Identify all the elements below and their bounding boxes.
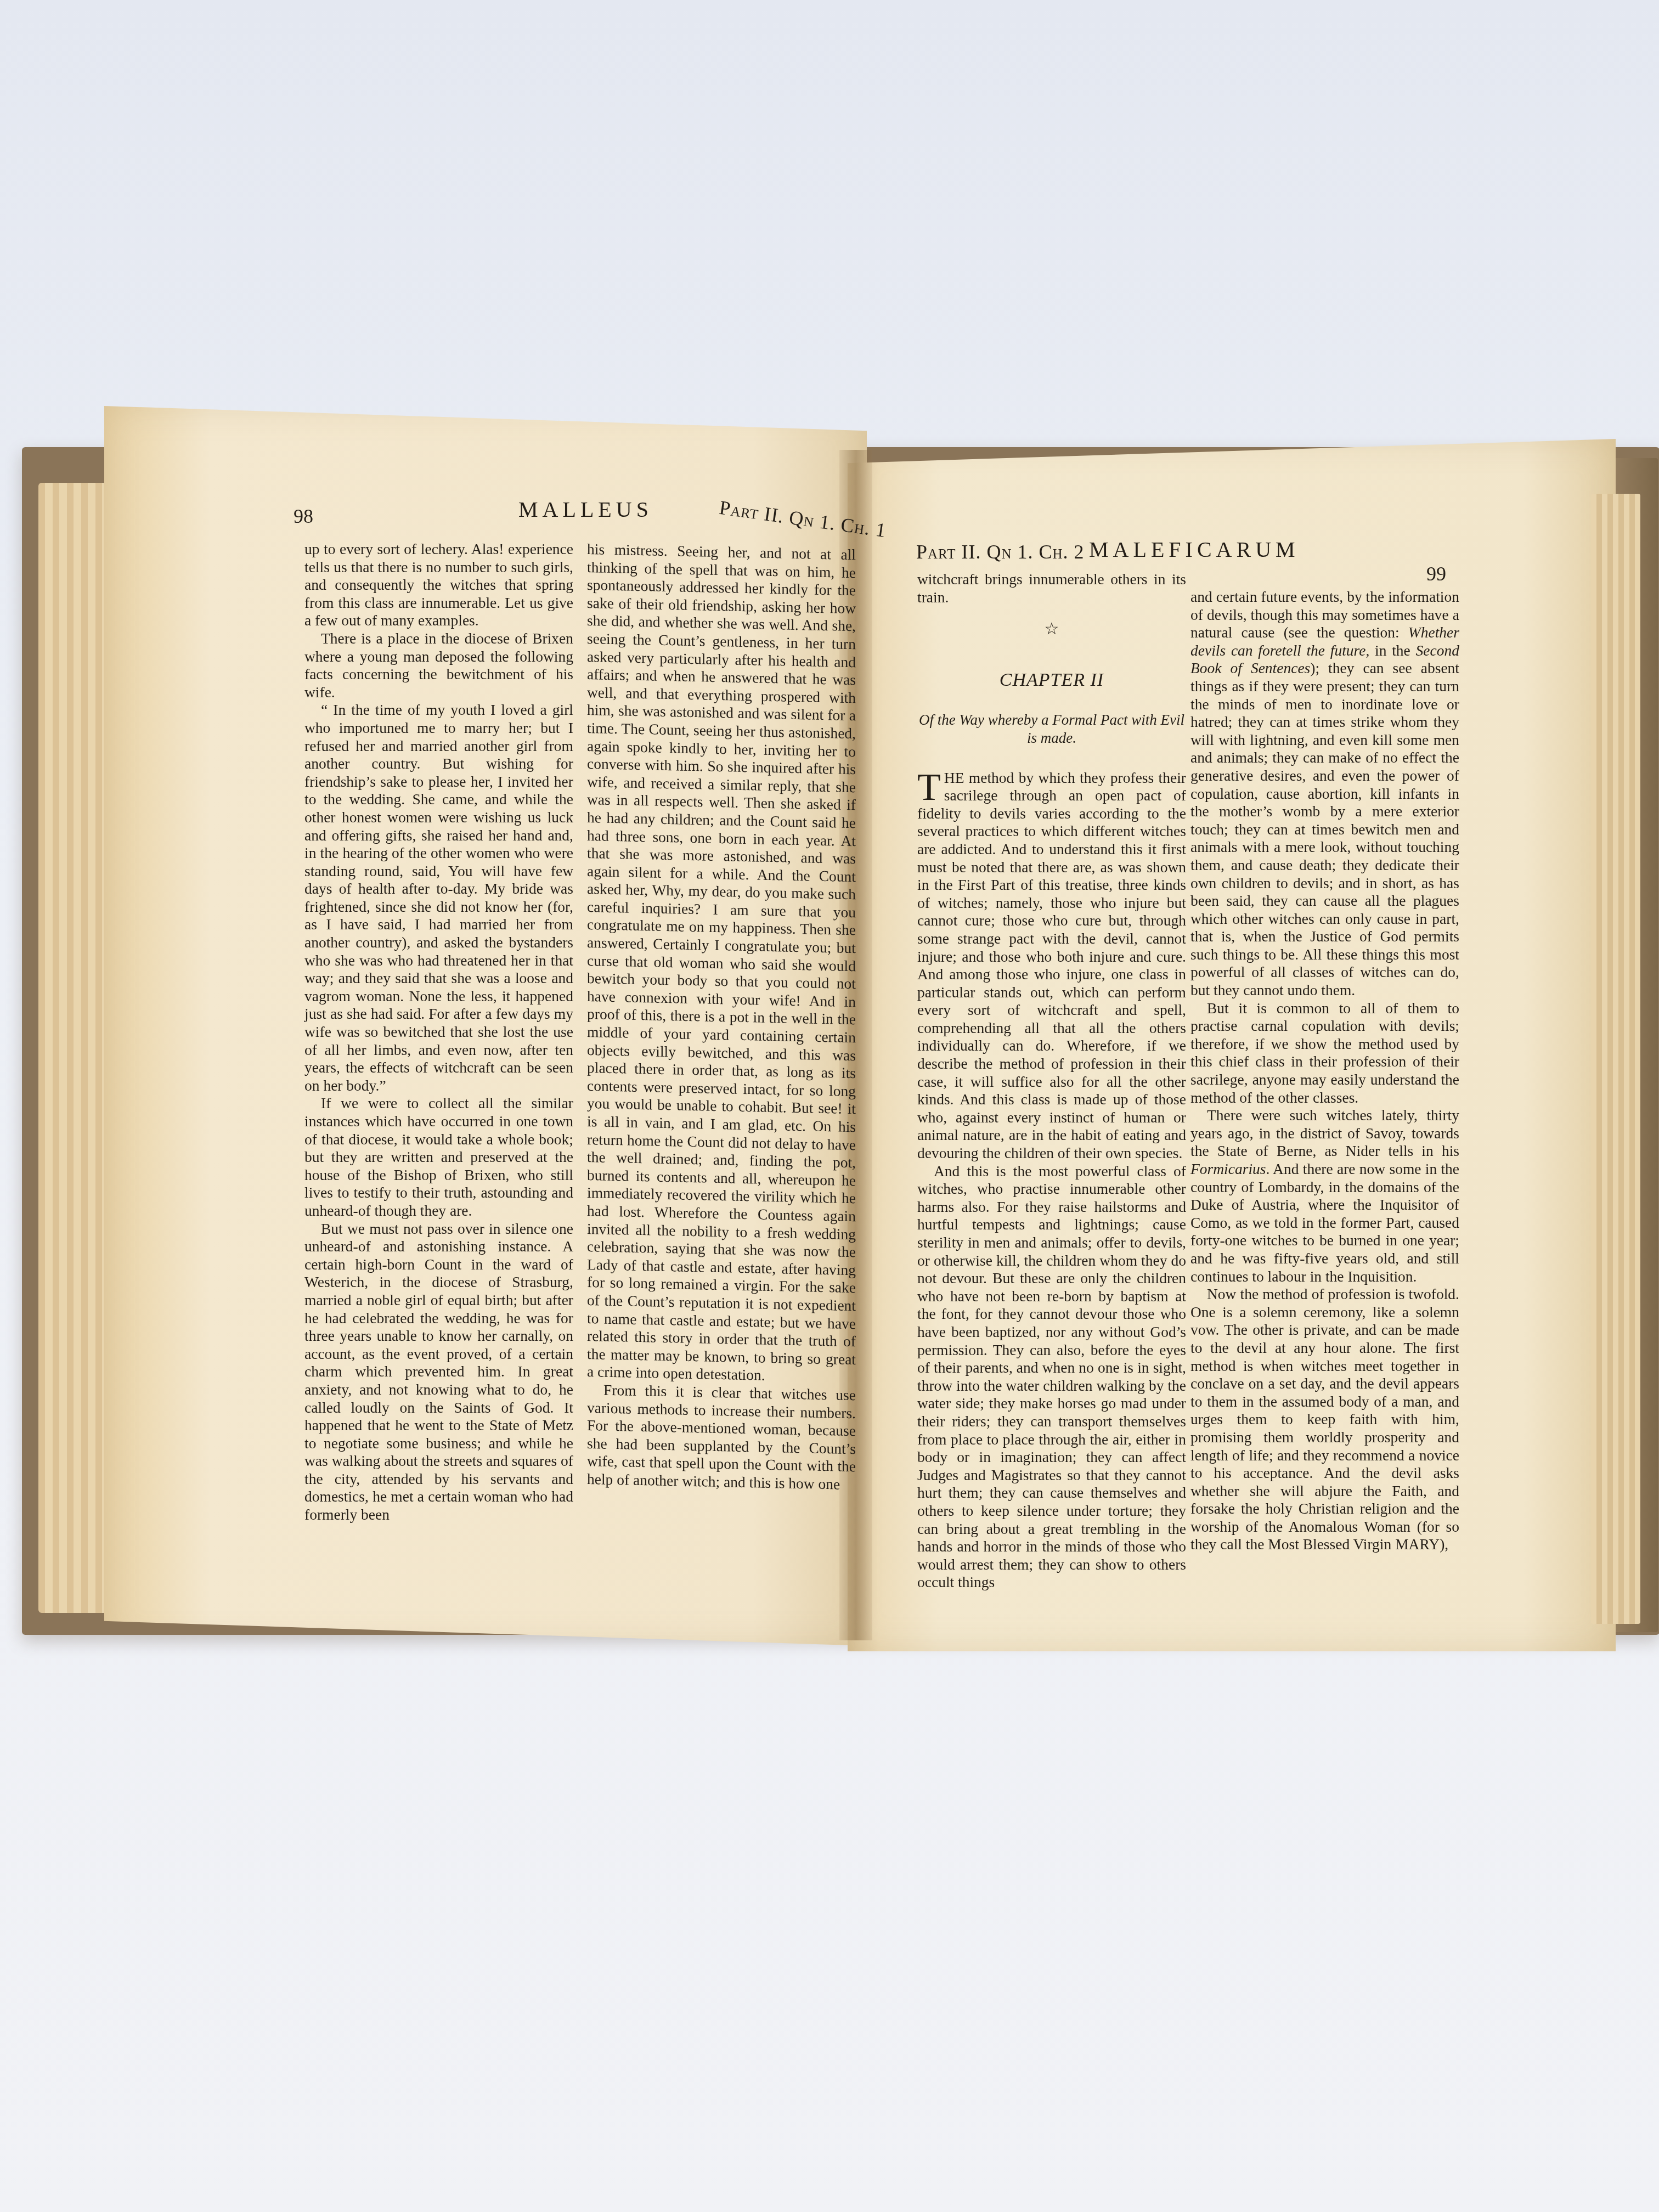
drop-cap: T — [917, 771, 941, 804]
paragraph: But we must not pass over in silence one… — [304, 1220, 573, 1524]
paragraph: up to every sort of lechery. Alas! exper… — [304, 540, 573, 630]
paragraph: If we were to collect all the similar in… — [304, 1094, 573, 1220]
paragraph: But it is common to all of them to pract… — [1190, 1000, 1459, 1107]
running-title-left: MALLEUS — [518, 496, 653, 522]
paragraph-with-dropcap: THE method by which they profess their s… — [917, 769, 1186, 1163]
paragraph: There is a place in the diocese of Brixe… — [304, 630, 573, 701]
chapter-title: CHAPTER II — [917, 672, 1186, 690]
lead-text: witchcraft brings innumerable others in … — [917, 571, 1186, 606]
page-number-left: 98 — [294, 505, 313, 528]
right-page-column-1: witchcraft brings innumerable others in … — [917, 571, 1186, 1592]
paragraph: Now the method of profession is twofold.… — [1190, 1285, 1459, 1554]
paragraph: And this is the most powerful class of w… — [917, 1163, 1186, 1592]
right-page-column-2: and certain future events, by the inform… — [1190, 588, 1459, 1554]
paragraph: From this it is clear that witches use v… — [587, 1381, 856, 1494]
left-page-column-2: his mistress. Seeing her, and not at all… — [587, 540, 856, 1494]
paragraph-text: HE method by which they profess their sa… — [917, 769, 1186, 1161]
paragraph: There were such witches lately, thirty y… — [1190, 1107, 1459, 1285]
paragraph: and certain future events, by the inform… — [1190, 588, 1459, 1000]
deckle-page-edges-right — [1591, 494, 1640, 1624]
star-ornament-icon: ☆ — [917, 620, 1186, 639]
running-title-right: MALEFICARUM — [1089, 537, 1300, 562]
italic-title: Formicarius — [1190, 1160, 1266, 1177]
page-number-right: 99 — [1426, 562, 1446, 585]
paragraph: “ In the time of my youth I loved a girl… — [304, 701, 573, 1094]
section-reference-right: Part II. Qn 1. Ch. 2 — [916, 540, 1085, 563]
chapter-subtitle: Of the Way whereby a Formal Pact with Ev… — [917, 711, 1186, 747]
left-page-column-1: up to every sort of lechery. Alas! exper… — [304, 540, 573, 1524]
paragraph: his mistress. Seeing her, and not at all… — [587, 540, 856, 1386]
